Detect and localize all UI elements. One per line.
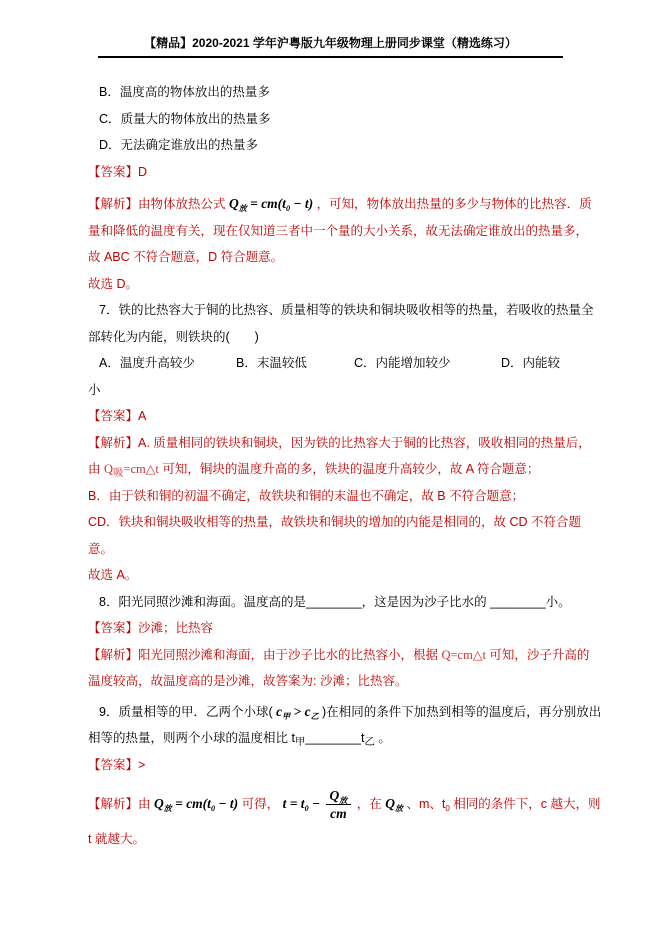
q9-stem2-end: 。 (375, 731, 391, 745)
heat-release-formula: Q放 = cm(t0 − t) (229, 196, 313, 211)
t-yi-subscript: 乙 (364, 737, 374, 748)
q7-analysis2-suffix: 可知，铜块的温度升高的多，铁块的温度升高较少，故 A 符合题意； (162, 462, 539, 476)
q9-stem-line2: 相等的热量，则两个小球的温度相比 t甲________t乙 。 (88, 725, 573, 752)
q9-blank: ________ (305, 731, 361, 745)
q7-option-b: B．末温较低 (236, 350, 354, 377)
q7-options-row: A．温度升高较少 B．末温较低 C．内能增加较少 D．内能较 (88, 350, 573, 377)
q7-analysis2-prefix: 由 (88, 462, 104, 476)
q9-stem2-text: 相等的热量，则两个小球的温度相比 t (88, 731, 295, 745)
q9-stem-suffix: )在相同的条件下加热到相等的温度后，再分别放出 (322, 705, 601, 719)
q6-answer: 【答案】D (88, 159, 573, 186)
q8-analysis-line1: 【解析】阳光同照沙滩和海面，由于沙子比水的比热容小，根据 Q=cm△t 可知，沙… (88, 642, 573, 669)
q9-answer: 【答案】> (88, 752, 573, 779)
fraction: Q放cm (326, 788, 352, 822)
heat-release-formula-2: Q放 = cm(t0 − t) (154, 796, 238, 811)
q9-stem-prefix: 9．质量相等的甲．乙两个小球( (99, 705, 273, 719)
q7-analysis-line4: CD．铁块和铜块吸收相等的热量，故铁块和铜块的增加的内能是相同的，故 CD 不符… (88, 509, 573, 536)
document-body: B．温度高的物体放出的热量多 C．质量大的物体放出的热量多 D．无法确定谁放出的… (88, 79, 573, 853)
fraction-denominator: cm (326, 805, 352, 822)
q6-analysis-line1: 【解析】由物体放热公式 Q放 = cm(t0 − t) ，可知，物体放出热量的多… (88, 191, 573, 218)
q6-conclusion: 故选 D。 (88, 271, 573, 298)
q9-analysis-mid3: 、m、t0 相同的条件下，c 越大，则 (406, 797, 600, 811)
heat-absorb-formula: Q吸=cm△t (104, 462, 159, 476)
q9-analysis-mid1: 可得， (242, 797, 280, 811)
q9-analysis-line2: t 就越大。 (88, 826, 573, 853)
q7-analysis-line5: 意。 (88, 536, 573, 563)
q7-stem-line1: 7．铁的比热容大于铜的比热容、质量相等的铁块和铜块吸收相等的热量，若吸收的热量全 (88, 297, 573, 324)
q7-option-c: C．内能增加较少 (354, 350, 501, 377)
q-release-symbol: Q放 (385, 796, 403, 811)
q7-conclusion: 故选 A。 (88, 562, 573, 589)
q6-analysis-line2: 量和降低的温度有关，现在仅知道三者中一个量的大小关系，故无法确定谁放出的热量多， (88, 218, 573, 245)
fraction-numerator: Q放 (326, 788, 352, 806)
document-header-title: 【精品】2020-2021 学年沪粤版九年级物理上册同步课堂（精选练习） (98, 0, 563, 58)
heat-formula: Q=cm△t (441, 648, 485, 662)
q6-analysis-prefix: 【解析】由物体放热公式 (88, 197, 226, 211)
q8-analysis-line2: 温度较高，故温度高的是沙滩，故答案为: 沙滩；比热容。 (88, 668, 573, 695)
q7-option-d-wrap: 小 (88, 377, 573, 404)
q6-analysis-line3: 故 ABC 不符合题意，D 符合题意。 (88, 244, 573, 271)
document-page: 【精品】2020-2021 学年沪粤版九年级物理上册同步课堂（精选练习） B．温… (0, 0, 661, 935)
q7-option-a: A．温度升高较少 (99, 350, 236, 377)
q7-analysis-line2: 由 Q吸=cm△t 可知，铜块的温度升高的多，铁块的温度升高较少，故 A 符合题… (88, 456, 573, 483)
q6-option-b: B．温度高的物体放出的热量多 (88, 79, 573, 106)
q7-option-d: D．内能较 (501, 350, 560, 377)
q7-stem-line2: 部转化为内能，则铁块的( ) (88, 324, 573, 351)
q9-analysis-mid2: ，在 (357, 797, 382, 811)
q8-answer: 【答案】沙滩；比热容 (88, 615, 573, 642)
q9-analysis-prefix: 【解析】由 (88, 797, 151, 811)
t-jia-subscript: 甲 (295, 737, 305, 748)
q8-stem: 8．阳光同照沙滩和海面。温度高的是________，这是因为沙子比水的 ____… (88, 589, 573, 616)
q7-analysis-line3: B．由于铁和铜的初温不确定，故铁块和铜的末温也不确定，故 B 不符合题意； (88, 483, 573, 510)
q7-analysis-line1: 【解析】A. 质量相同的铁块和铜块，因为铁的比热容大于铜的比热容，吸收相同的热量… (88, 430, 573, 457)
q8-analysis-suffix: 可知，沙子升高的 (489, 648, 589, 662)
q9-stem-line1: 9．质量相等的甲．乙两个小球( c甲 > c乙 )在相同的条件下加热到相等的温度… (88, 699, 573, 726)
specific-heat-compare-formula: c甲 > c乙 (276, 704, 318, 719)
q6-analysis-suffix: ，可知，物体放出热量的多少与物体的比热容．质 (317, 197, 592, 211)
q8-analysis-prefix: 【解析】阳光同照沙滩和海面，由于沙子比水的比热容小，根据 (88, 648, 441, 662)
q6-option-c: C．质量大的物体放出的热量多 (88, 106, 573, 133)
q9-analysis-line1: 【解析】由 Q放 = cm(t0 − t) 可得， t = t0 − Q放cm … (88, 782, 573, 826)
final-temperature-formula: t = t0 − Q放cm (283, 796, 354, 811)
q7-answer: 【答案】A (88, 403, 573, 430)
q6-option-d: D．无法确定谁放出的热量多 (88, 132, 573, 159)
